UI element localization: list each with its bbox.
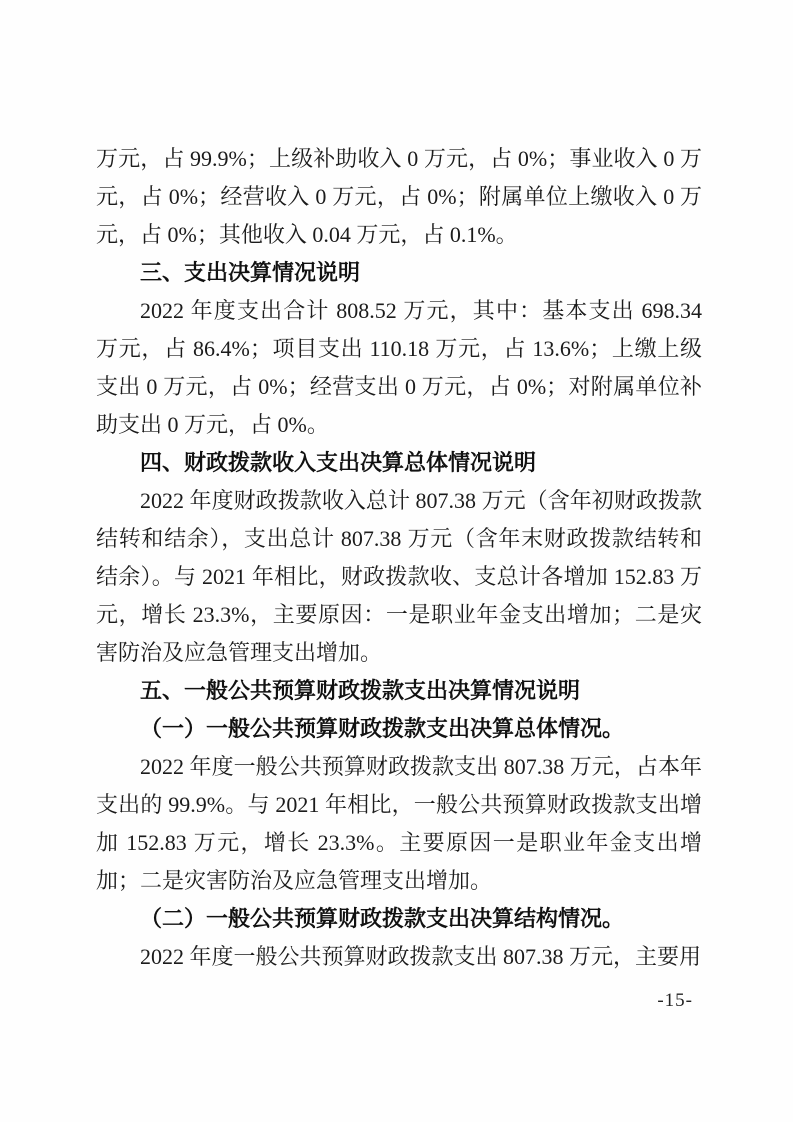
section-heading-expenditure: 三、支出决算情况说明	[96, 254, 702, 292]
paragraph-income-breakdown-continued: 万元，占 99.9%；上级补助收入 0 万元，占 0%；事业收入 0 万元，占 …	[96, 140, 702, 254]
page-content: 万元，占 99.9%；上级补助收入 0 万元，占 0%；事业收入 0 万元，占 …	[96, 140, 702, 976]
paragraph-fiscal-appropriation-detail: 2022 年度财政拨款收入总计 807.38 万元（含年初财政拨款结转和结余），…	[96, 482, 702, 672]
section-heading-general-public-budget: 五、一般公共预算财政拨款支出决算情况说明	[96, 672, 702, 710]
paragraph-general-budget-structure-detail: 2022 年度一般公共预算财政拨款支出 807.38 万元，主要用	[96, 938, 702, 976]
subsection-heading-structure-situation: （二）一般公共预算财政拨款支出决算结构情况。	[96, 900, 702, 938]
page-number: -15-	[657, 990, 693, 1012]
section-heading-fiscal-appropriation-overview: 四、财政拨款收入支出决算总体情况说明	[96, 444, 702, 482]
paragraph-expenditure-detail: 2022 年度支出合计 808.52 万元，其中：基本支出 698.34 万元，…	[96, 292, 702, 444]
paragraph-general-budget-overall-detail: 2022 年度一般公共预算财政拨款支出 807.38 万元，占本年支出的 99.…	[96, 748, 702, 900]
subsection-heading-overall-situation: （一）一般公共预算财政拨款支出决算总体情况。	[96, 710, 702, 748]
document-page: 万元，占 99.9%；上级补助收入 0 万元，占 0%；事业收入 0 万元，占 …	[0, 0, 793, 1122]
